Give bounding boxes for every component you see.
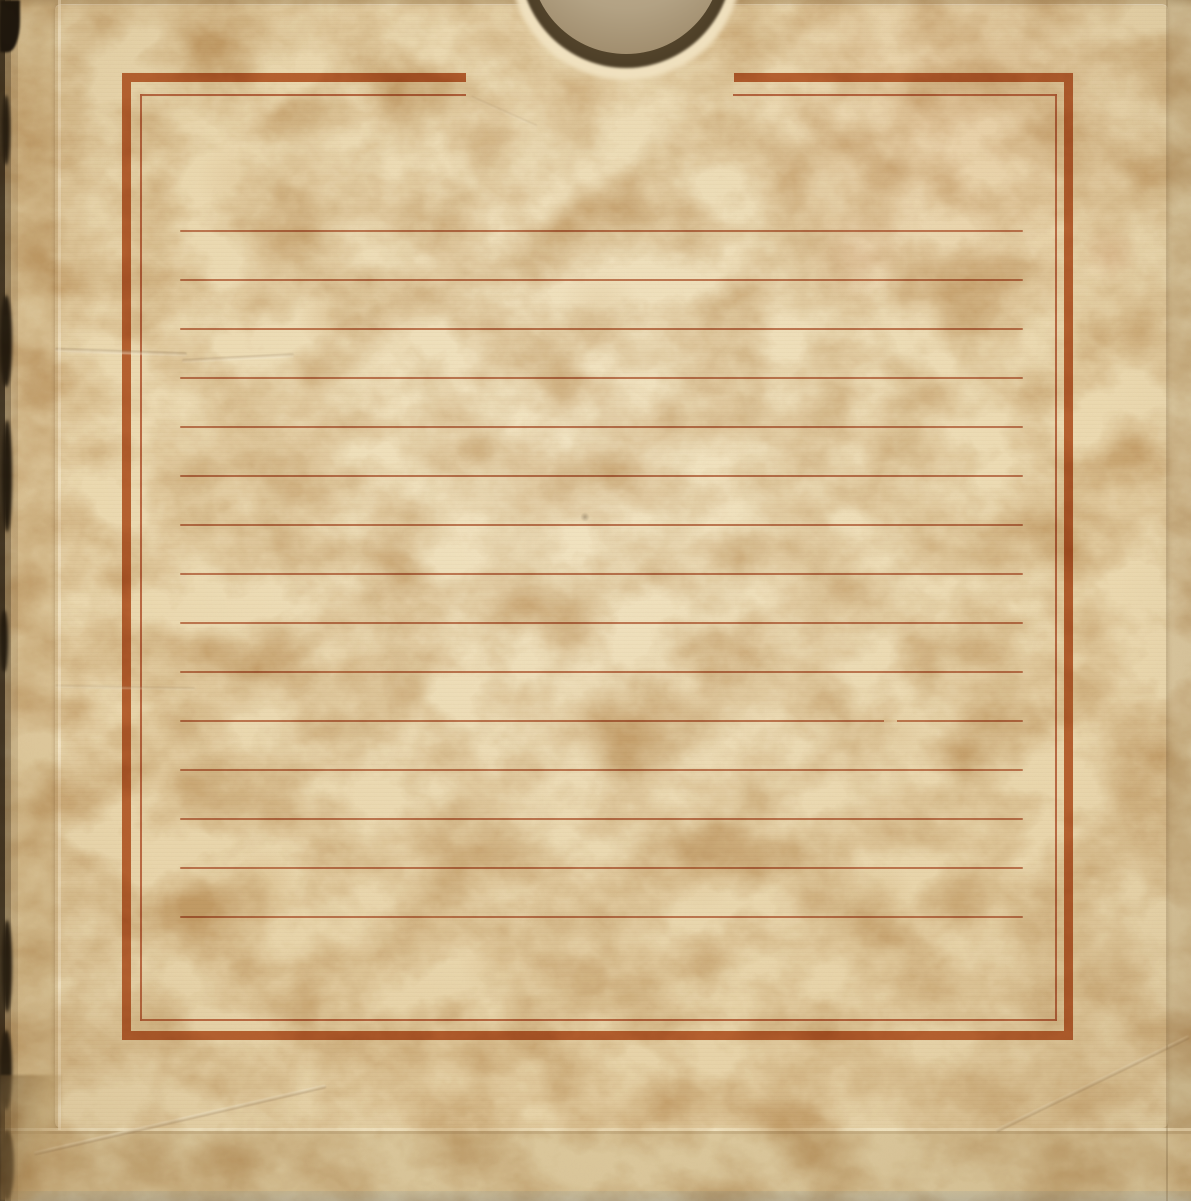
torn-edge-blob xyxy=(2,920,12,1012)
bottom-cut-edge xyxy=(0,1191,1191,1201)
foxing-stains xyxy=(0,0,1191,1201)
torn-edge-blob xyxy=(2,95,10,165)
worn-bottom-left-corner xyxy=(0,1075,62,1201)
record-sleeve-back: Scanned back of an aged cardboard record… xyxy=(0,0,1191,1201)
right-paper-seam xyxy=(1166,0,1168,1201)
torn-edge-blob xyxy=(2,420,12,532)
torn-edge-blob xyxy=(0,610,8,672)
torn-edge-blob xyxy=(0,295,12,387)
left-paper-seam xyxy=(58,0,61,1130)
torn-left-edge xyxy=(0,0,26,1201)
